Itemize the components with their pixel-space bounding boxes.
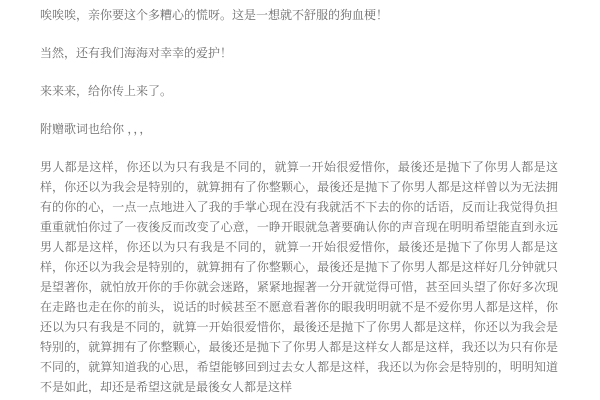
paragraph-lyrics: 男人都是这样，你还以为只有我是不同的，就算一开始很爱惜你，最後还是抛下了你男人都… [40,157,558,397]
text-content-area: 唉唉唉，亲你要这个多糟心的慌呀。这是一想就不舒服的狗血梗！ 当然，还有我们海海对… [0,0,600,400]
paragraph-intro-2: 当然，还有我们海海对幸幸的爱护！ [40,43,558,63]
paragraph-intro-1: 唉唉唉，亲你要这个多糟心的慌呀。这是一想就不舒服的狗血梗！ [40,5,558,25]
paragraph-intro-3: 来来来，给你传上来了。 [40,81,558,101]
paragraph-intro-4: 附赠歌词也给你 ，，， [40,119,558,139]
